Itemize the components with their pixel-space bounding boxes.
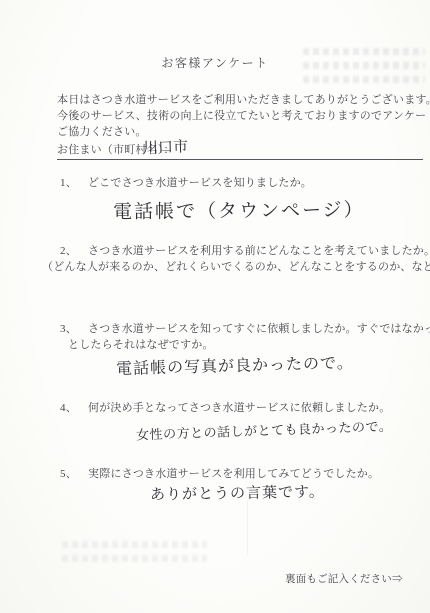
answer-3-handwriting: 電話帳の写真が良かったので。: [116, 350, 354, 379]
scan-fold-artifact: [247, 500, 248, 555]
question-number: 5、: [60, 465, 77, 481]
answer-4-handwriting: 女性の方との話しがとても良かったので。: [136, 416, 393, 444]
question-text: 何が決め手となってさつき水道サービスに依頼しましたか。: [88, 399, 390, 415]
question-text: さつき水道サービスを利用する前にどんなことを考えていましたか。: [88, 242, 430, 258]
question-text-line2: としたらそれはなぜですか。: [68, 336, 214, 352]
question-text: 実際にさつき水道サービスを利用してみてどうでしたか。: [88, 465, 379, 481]
residence-answer-handwriting: 川口市: [143, 135, 189, 157]
bleed-through-line: [303, 76, 425, 83]
survey-page: お客様アンケート 本日はさつき水道サービスをご利用いただきましてありがとうござい…: [0, 0, 430, 613]
question-number: 1、: [60, 174, 77, 190]
page-title: お客様アンケート: [0, 54, 430, 71]
intro-line: ご協力ください。: [57, 124, 429, 140]
question-text: さつき水道サービスを知ってすぐに依頼しましたか。すぐではなかった: [88, 320, 430, 336]
residence-line: お住まい（市町村名）： 川口市: [57, 140, 423, 160]
intro-line: 今後のサービス、技術の向上に役立てたいと考えておりますのでアンケートに: [57, 108, 429, 124]
question-text-line2: （どんな人が来るのか、どれくらいでくるのか、どんなことをするのか、など）: [42, 258, 430, 274]
bleed-through-middle: [62, 541, 207, 569]
intro-line: 本日はさつき水道サービスをご利用いただきましてありがとうございます。: [57, 92, 429, 108]
answer-1-handwriting: 電話帳で（タウンページ）: [113, 195, 365, 224]
question-text: どこでさつき水道サービスを知りましたか。: [88, 174, 312, 190]
intro-paragraph: 本日はさつき水道サービスをご利用いただきましてありがとうございます。 今後のサー…: [57, 92, 429, 140]
question-number: 4、: [60, 399, 77, 415]
footer-note: 裏面もご記入ください⇒: [285, 571, 403, 586]
bleed-through-line: [62, 541, 207, 548]
bleed-through-line: [62, 555, 207, 562]
question-number: 3、: [60, 320, 77, 336]
question-number: 2、: [60, 242, 77, 258]
answer-5-handwriting: ありがとうの言葉です。: [150, 480, 325, 504]
